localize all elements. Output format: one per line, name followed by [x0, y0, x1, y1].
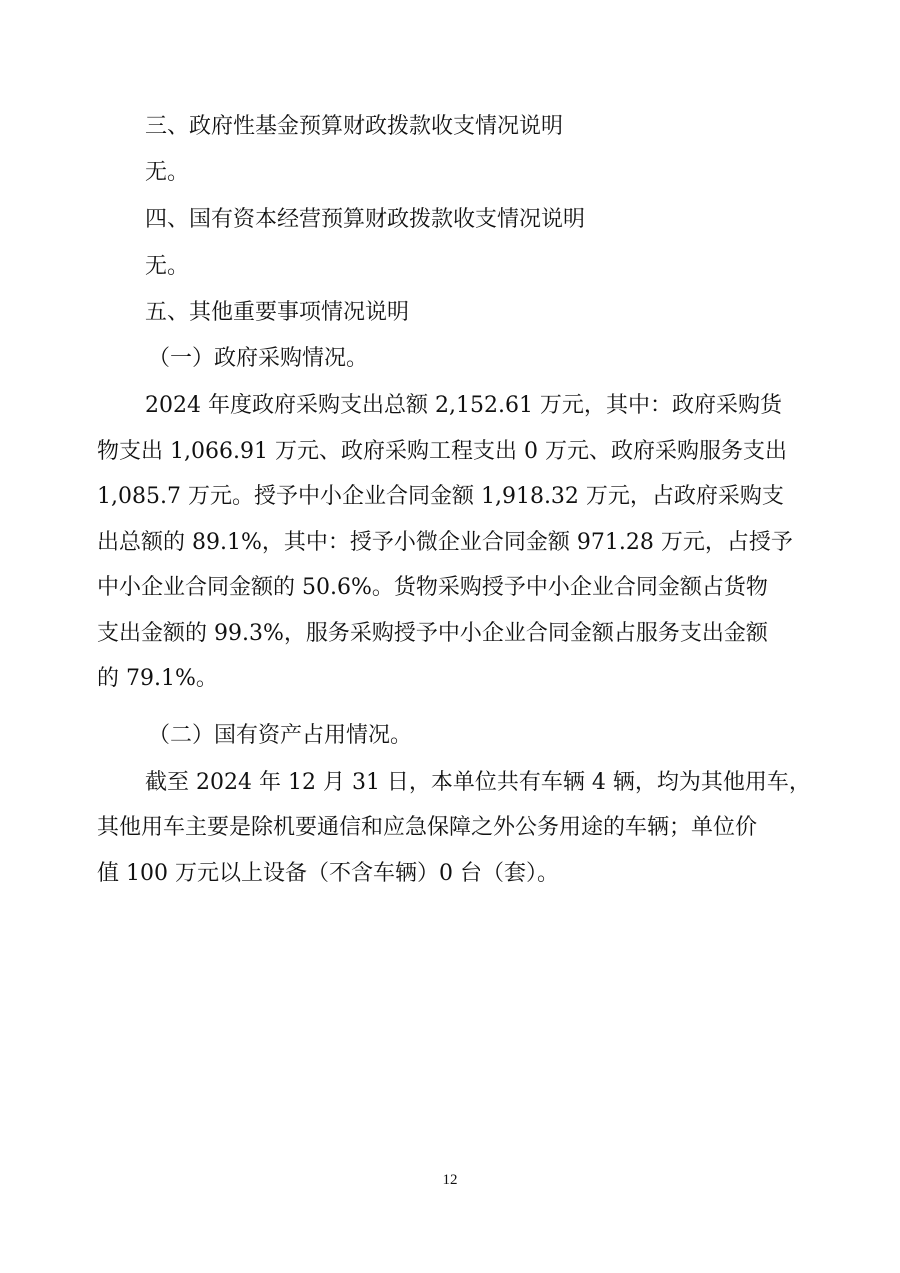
paragraph-line: 出总额的 89.1%，其中：授予小微企业合同金额 971.28 万元，占授予 — [97, 528, 793, 558]
document-page: 三、政府性基金预算财政拨款收支情况说明 无。 四、国有资本经营预算财政拨款收支情… — [0, 0, 900, 1273]
section-3-heading: 三、政府性基金预算财政拨款收支情况说明 — [145, 112, 563, 142]
section-3-body: 无。 — [145, 158, 189, 188]
paragraph-line: 的 79.1%。 — [97, 664, 218, 694]
paragraph-line: 其他用车主要是除机要通信和应急保障之外公务用途的车辆；单位价 — [97, 813, 757, 843]
section-5-heading: 五、其他重要事项情况说明 — [145, 298, 409, 328]
paragraph-line: 截至 2024 年 12 月 31 日，本单位共有车辆 4 辆，均为其他用车， — [145, 768, 811, 798]
paragraph-line: 中小企业合同金额的 50.6%。货物采购授予中小企业合同金额占货物 — [97, 573, 768, 603]
subsection-2-heading: （二）国有资产占用情况。 — [148, 721, 412, 751]
section-4-heading: 四、国有资本经营预算财政拨款收支情况说明 — [145, 205, 585, 235]
subsection-1-heading: （一）政府采购情况。 — [148, 344, 368, 374]
paragraph-line: 支出金额的 99.3%，服务采购授予中小企业合同金额占服务支出金额 — [97, 619, 768, 649]
paragraph-line: 物支出 1,066.91 万元、政府采购工程支出 0 万元、政府采购服务支出 — [97, 437, 787, 467]
paragraph-line: 2024 年度政府采购支出总额 2,152.61 万元，其中：政府采购货 — [145, 391, 782, 421]
paragraph-line: 1,085.7 万元。授予中小企业合同金额 1,918.32 万元，占政府采购支 — [97, 482, 784, 512]
page-number: 12 — [0, 1172, 900, 1189]
paragraph-line: 值 100 万元以上设备（不含车辆）0 台（套）。 — [97, 859, 559, 889]
section-4-body: 无。 — [145, 252, 189, 282]
